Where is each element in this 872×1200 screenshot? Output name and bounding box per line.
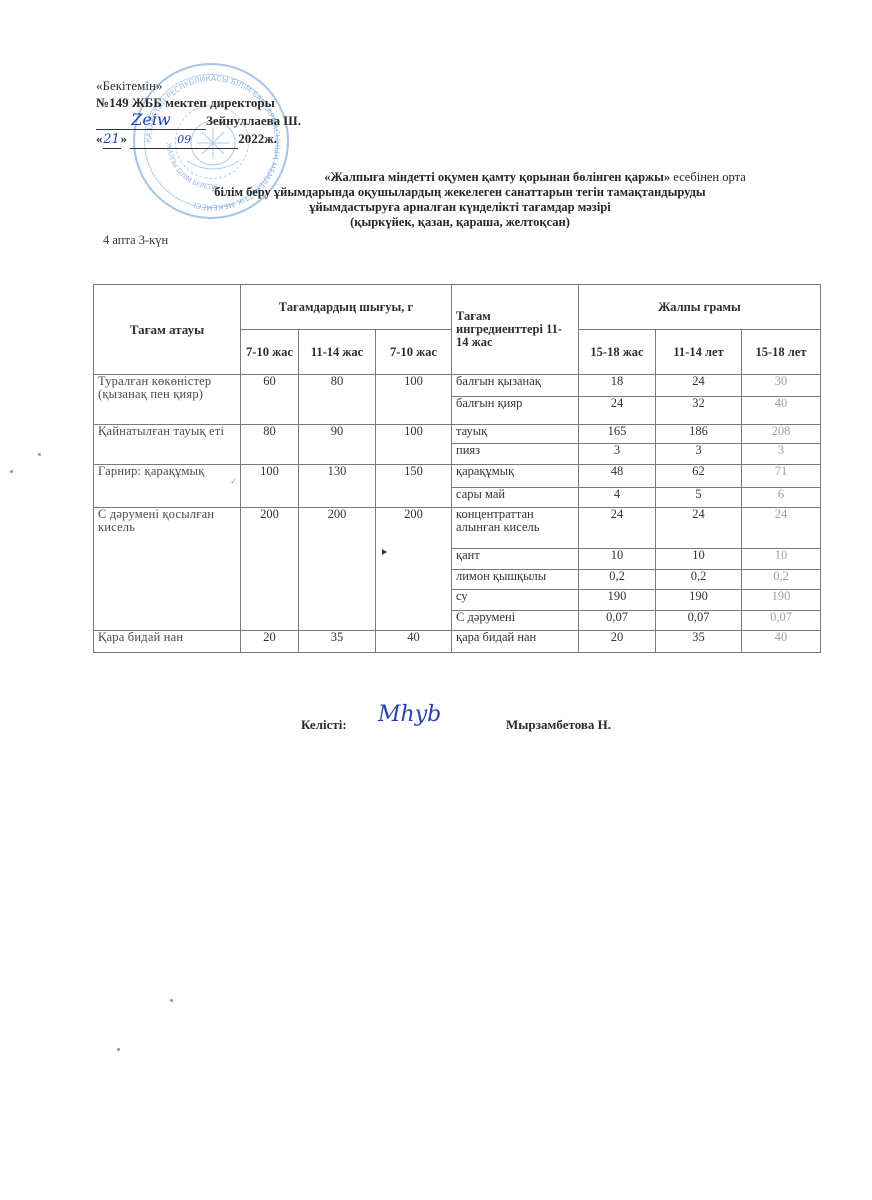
scan-speck: [170, 999, 173, 1002]
stray-mark: ✓: [230, 476, 238, 487]
table-row: Туралған көкөністер (қызанақ пен қияр)60…: [94, 375, 821, 397]
ingredient-grams: 40: [742, 631, 821, 653]
header-total-col: 11-14 лет: [656, 330, 742, 375]
ingredient-grams: 62: [656, 465, 742, 488]
dish-output-value: 200: [299, 508, 376, 631]
ingredient-grams: 10: [656, 549, 742, 570]
header-output-col: 11-14 жас: [299, 330, 376, 375]
ingredient-grams: 0,2: [742, 570, 821, 590]
header-total-col: 15-18 лет: [742, 330, 821, 375]
ingredient-grams: 10: [742, 549, 821, 570]
ingredient-grams: 24: [742, 508, 821, 549]
dish-output-value: 200: [241, 508, 299, 631]
ingredient-name: С дәрумені: [452, 611, 579, 631]
ingredient-grams: 30: [742, 375, 821, 397]
table-row: Гарнир: қарақұмық100130150қарақұмық48627…: [94, 465, 821, 488]
agreed-signature: Mhyb: [378, 702, 441, 727]
ingredient-name: балғын қияр: [452, 397, 579, 425]
ingredient-grams: 0,07: [579, 611, 656, 631]
ingredient-name: лимон қышқылы: [452, 570, 579, 590]
ingredient-grams: 32: [656, 397, 742, 425]
dish-output-value: 40: [376, 631, 452, 653]
ingredient-grams: 40: [742, 397, 821, 425]
dish-name: Қара бидай нан: [94, 631, 241, 653]
ingredient-grams: 10: [579, 549, 656, 570]
arrow-mark-icon: [382, 549, 387, 555]
header-total-col: 15-18 жас: [579, 330, 656, 375]
agreed-label: Келісті:: [301, 717, 347, 733]
header-output-col: 7-10 жас: [376, 330, 452, 375]
header-output-col: 7-10 жас: [241, 330, 299, 375]
title-line-4: (қыркүйек, қазан, қараша, желтоқсан): [100, 215, 820, 230]
dish-name: С дәрумені қосылған кисель: [94, 508, 241, 631]
scan-speck: [10, 470, 13, 473]
ingredient-grams: 190: [579, 590, 656, 611]
ingredient-grams: 24: [579, 508, 656, 549]
ingredient-name: пияз: [452, 444, 579, 465]
ingredient-grams: 6: [742, 488, 821, 508]
week-day-label: 4 апта 3-күн: [103, 233, 168, 248]
dish-name: Гарнир: қарақұмық: [94, 465, 241, 508]
document-title: «Жалпыға міндетті оқумен қамту қорынан б…: [100, 170, 820, 230]
header-dish-name: Тағам атауы: [94, 285, 241, 375]
table-row: Қара бидай нан203540қара бидай нан203540: [94, 631, 821, 653]
ingredient-name: сары май: [452, 488, 579, 508]
ingredient-name: балғын қызанақ: [452, 375, 579, 397]
ingredient-name: концентраттан алынған кисель: [452, 508, 579, 549]
ingredient-grams: 20: [579, 631, 656, 653]
dish-name: Қайнатылған тауық еті: [94, 425, 241, 465]
ingredient-grams: 190: [656, 590, 742, 611]
ingredient-grams: 4: [579, 488, 656, 508]
ingredient-grams: 186: [656, 425, 742, 444]
approval-block: «Бекітемін» №149 ЖББ мектеп директоры Ze…: [96, 77, 301, 149]
director-name: Зейнуллаева Ш.: [206, 113, 301, 128]
dish-output-value: 35: [299, 631, 376, 653]
director-signature: Zeiw: [131, 110, 170, 129]
approval-heading: «Бекітемін»: [96, 77, 301, 94]
ingredient-grams: 18: [579, 375, 656, 397]
ingredient-grams: 3: [742, 444, 821, 465]
ingredient-grams: 190: [742, 590, 821, 611]
ingredient-grams: 3: [656, 444, 742, 465]
scan-speck: [117, 1048, 120, 1051]
header-output-group: Тағамдардың шығуы, г: [241, 285, 452, 330]
approval-date: «21» 092022ж.: [96, 130, 301, 149]
dish-output-value: 80: [241, 425, 299, 465]
dish-output-value: 100: [376, 425, 452, 465]
dish-output-value: 150: [376, 465, 452, 508]
dish-output-value: 100: [376, 375, 452, 425]
ingredient-grams: 35: [656, 631, 742, 653]
dish-output-value: 130: [299, 465, 376, 508]
header-ingredients: Тағам ингредиенттері 11-14 жас: [452, 285, 579, 375]
ingredient-grams: 48: [579, 465, 656, 488]
ingredient-grams: 3: [579, 444, 656, 465]
dish-output-value: 100: [241, 465, 299, 508]
header-total-group: Жалпы грамы: [579, 285, 821, 330]
ingredient-grams: 24: [656, 375, 742, 397]
director-signature-line: Zeiw Зейнуллаева Ш.: [96, 111, 301, 130]
scan-speck: [38, 453, 41, 456]
ingredient-grams: 0,07: [656, 611, 742, 631]
ingredient-grams: 24: [656, 508, 742, 549]
date-year: 2022ж.: [238, 131, 277, 146]
dish-output-value: 90: [299, 425, 376, 465]
ingredient-name: тауық: [452, 425, 579, 444]
ingredient-grams: 165: [579, 425, 656, 444]
date-day: 21: [103, 131, 121, 149]
ingredient-grams: 0,07: [742, 611, 821, 631]
dish-name: Туралған көкөністер (қызанақ пен қияр): [94, 375, 241, 425]
dish-output-value: 200: [376, 508, 452, 631]
ingredient-name: су: [452, 590, 579, 611]
director-title: №149 ЖББ мектеп директоры: [96, 94, 301, 111]
title-line-1: «Жалпыға міндетті оқумен қамту қорынан б…: [324, 170, 670, 184]
title-line-2: білім беру ұйымдарында оқушылардың жекел…: [100, 185, 820, 200]
table-row: Қайнатылған тауық еті8090100тауық1651862…: [94, 425, 821, 444]
ingredient-name: қарақұмық: [452, 465, 579, 488]
dish-output-value: 60: [241, 375, 299, 425]
menu-table-body: Туралған көкөністер (қызанақ пен қияр)60…: [94, 375, 821, 653]
dish-output-value: 80: [299, 375, 376, 425]
ingredient-grams: 0,2: [579, 570, 656, 590]
date-month: 09: [177, 133, 191, 146]
ingredient-grams: 208: [742, 425, 821, 444]
dish-output-value: 20: [241, 631, 299, 653]
ingredient-grams: 5: [656, 488, 742, 508]
menu-table: Тағам атауы Тағамдардың шығуы, г Тағам и…: [93, 284, 821, 653]
ingredient-grams: 71: [742, 465, 821, 488]
agreed-name: Мырзамбетова Н.: [506, 717, 611, 733]
title-line-3: ұйымдастыруға арналған күнделікті тағамд…: [100, 200, 820, 215]
ingredient-name: қара бидай нан: [452, 631, 579, 653]
ingredient-grams: 24: [579, 397, 656, 425]
table-row: С дәрумені қосылған кисель200200200конце…: [94, 508, 821, 549]
ingredient-grams: 0,2: [656, 570, 742, 590]
ingredient-name: қант: [452, 549, 579, 570]
